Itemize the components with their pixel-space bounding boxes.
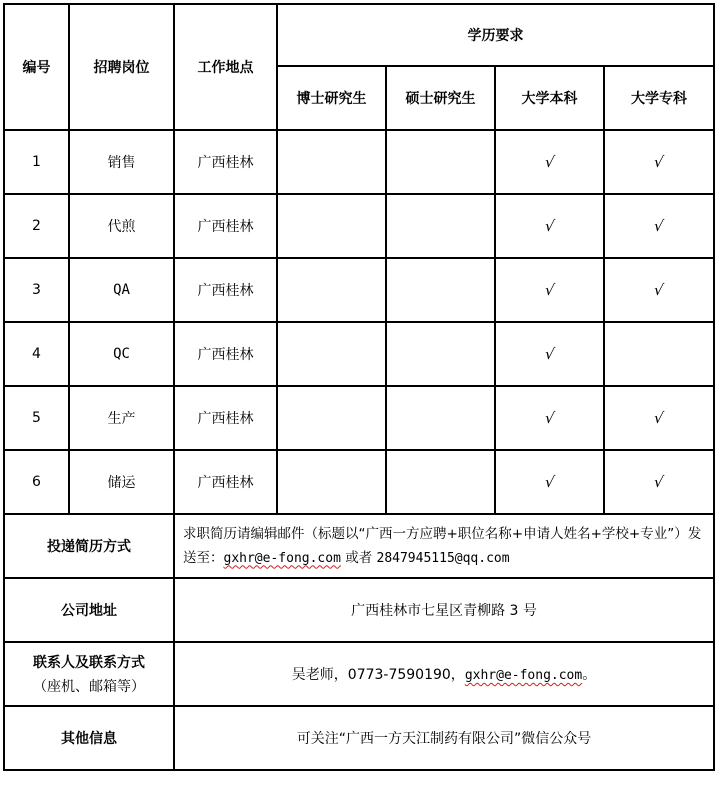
header-master: 硕士研究生 xyxy=(386,66,495,130)
cell-bachelor: √ xyxy=(495,258,604,322)
contact-email-link[interactable]: gxhr@e-fong.com xyxy=(465,668,582,683)
check-mark-icon: √ xyxy=(543,345,555,363)
table-row: 1 销售 广西桂林 √ √ xyxy=(4,130,714,194)
cell-phd xyxy=(277,130,386,194)
cell-position: 代煎 xyxy=(69,194,174,258)
cell-number: 1 xyxy=(4,130,69,194)
address-value: 广西桂林市七星区青柳路 3 号 xyxy=(174,578,714,642)
header-position: 招聘岗位 xyxy=(69,4,174,130)
check-mark-icon: √ xyxy=(543,217,555,235)
cell-master xyxy=(386,322,495,386)
cell-associate xyxy=(604,322,714,386)
submit-resume-row: 投递简历方式 求职简历请编辑邮件（标题以“广西一方应聘+职位名称+申请人姓名+学… xyxy=(4,514,714,578)
cell-position: 生产 xyxy=(69,386,174,450)
cell-phd xyxy=(277,194,386,258)
contact-value: 吴老师，0773-7590190，gxhr@e-fong.com。 xyxy=(174,642,714,706)
cell-bachelor: √ xyxy=(495,322,604,386)
cell-position: QC xyxy=(69,322,174,386)
cell-location: 广西桂林 xyxy=(174,130,277,194)
cell-master xyxy=(386,386,495,450)
email-link-primary[interactable]: gxhr@e-fong.com xyxy=(224,551,341,566)
check-mark-icon: √ xyxy=(543,153,555,171)
cell-associate: √ xyxy=(604,386,714,450)
table-row: 6 储运 广西桂林 √ √ xyxy=(4,450,714,514)
cell-phd xyxy=(277,450,386,514)
check-mark-icon: √ xyxy=(653,153,665,171)
conjunction-text: 或者 xyxy=(341,550,377,566)
contact-sublabel: （座机、邮箱等） xyxy=(5,676,173,696)
cell-position: 销售 xyxy=(69,130,174,194)
check-mark-icon: √ xyxy=(653,281,665,299)
check-mark-icon: √ xyxy=(653,409,665,427)
recruitment-table: 编号 招聘岗位 工作地点 学历要求 博士研究生 硕士研究生 大学本科 大学专科 … xyxy=(3,3,715,771)
cell-associate: √ xyxy=(604,130,714,194)
header-row-1: 编号 招聘岗位 工作地点 学历要求 xyxy=(4,4,714,66)
cell-phd xyxy=(277,386,386,450)
cell-number: 3 xyxy=(4,258,69,322)
contact-suffix: 。 xyxy=(582,667,596,683)
submit-resume-label: 投递简历方式 xyxy=(4,514,174,578)
check-mark-icon: √ xyxy=(653,217,665,235)
cell-bachelor: √ xyxy=(495,386,604,450)
cell-position: 储运 xyxy=(69,450,174,514)
header-associate: 大学专科 xyxy=(604,66,714,130)
cell-phd xyxy=(277,258,386,322)
address-row: 公司地址 广西桂林市七星区青柳路 3 号 xyxy=(4,578,714,642)
cell-associate: √ xyxy=(604,450,714,514)
cell-bachelor: √ xyxy=(495,130,604,194)
contact-label: 联系人及联系方式 xyxy=(33,655,145,671)
header-education-requirements: 学历要求 xyxy=(277,4,714,66)
table-row: 5 生产 广西桂林 √ √ xyxy=(4,386,714,450)
cell-master xyxy=(386,130,495,194)
address-label: 公司地址 xyxy=(4,578,174,642)
cell-phd xyxy=(277,322,386,386)
cell-number: 2 xyxy=(4,194,69,258)
check-mark-icon: √ xyxy=(543,281,555,299)
cell-location: 广西桂林 xyxy=(174,386,277,450)
other-info-row: 其他信息 可关注“广西一方天江制药有限公司”微信公众号 xyxy=(4,706,714,770)
cell-number: 4 xyxy=(4,322,69,386)
cell-location: 广西桂林 xyxy=(174,258,277,322)
header-location: 工作地点 xyxy=(174,4,277,130)
cell-number: 5 xyxy=(4,386,69,450)
cell-position: QA xyxy=(69,258,174,322)
cell-associate: √ xyxy=(604,258,714,322)
cell-master xyxy=(386,450,495,514)
cell-location: 广西桂林 xyxy=(174,450,277,514)
other-info-value: 可关注“广西一方天江制药有限公司”微信公众号 xyxy=(174,706,714,770)
cell-master xyxy=(386,194,495,258)
check-mark-icon: √ xyxy=(653,473,665,491)
header-bachelor: 大学本科 xyxy=(495,66,604,130)
cell-bachelor: √ xyxy=(495,194,604,258)
cell-location: 广西桂林 xyxy=(174,322,277,386)
contact-label-cell: 联系人及联系方式（座机、邮箱等） xyxy=(4,642,174,706)
contact-person-phone: 吴老师，0773-7590190， xyxy=(292,667,465,683)
check-mark-icon: √ xyxy=(543,473,555,491)
table-row: 2 代煎 广西桂林 √ √ xyxy=(4,194,714,258)
table-row: 4 QC 广西桂林 √ xyxy=(4,322,714,386)
email-link-secondary[interactable]: 2847945115@qq.com xyxy=(377,551,510,566)
cell-associate: √ xyxy=(604,194,714,258)
table-row: 3 QA 广西桂林 √ √ xyxy=(4,258,714,322)
other-info-label: 其他信息 xyxy=(4,706,174,770)
cell-bachelor: √ xyxy=(495,450,604,514)
cell-number: 6 xyxy=(4,450,69,514)
cell-location: 广西桂林 xyxy=(174,194,277,258)
header-phd: 博士研究生 xyxy=(277,66,386,130)
cell-master xyxy=(386,258,495,322)
contact-row: 联系人及联系方式（座机、邮箱等） 吴老师，0773-7590190，gxhr@e… xyxy=(4,642,714,706)
header-number: 编号 xyxy=(4,4,69,130)
submit-resume-text: 求职简历请编辑邮件（标题以“广西一方应聘+职位名称+申请人姓名+学校+专业”）发… xyxy=(174,514,714,578)
check-mark-icon: √ xyxy=(543,409,555,427)
